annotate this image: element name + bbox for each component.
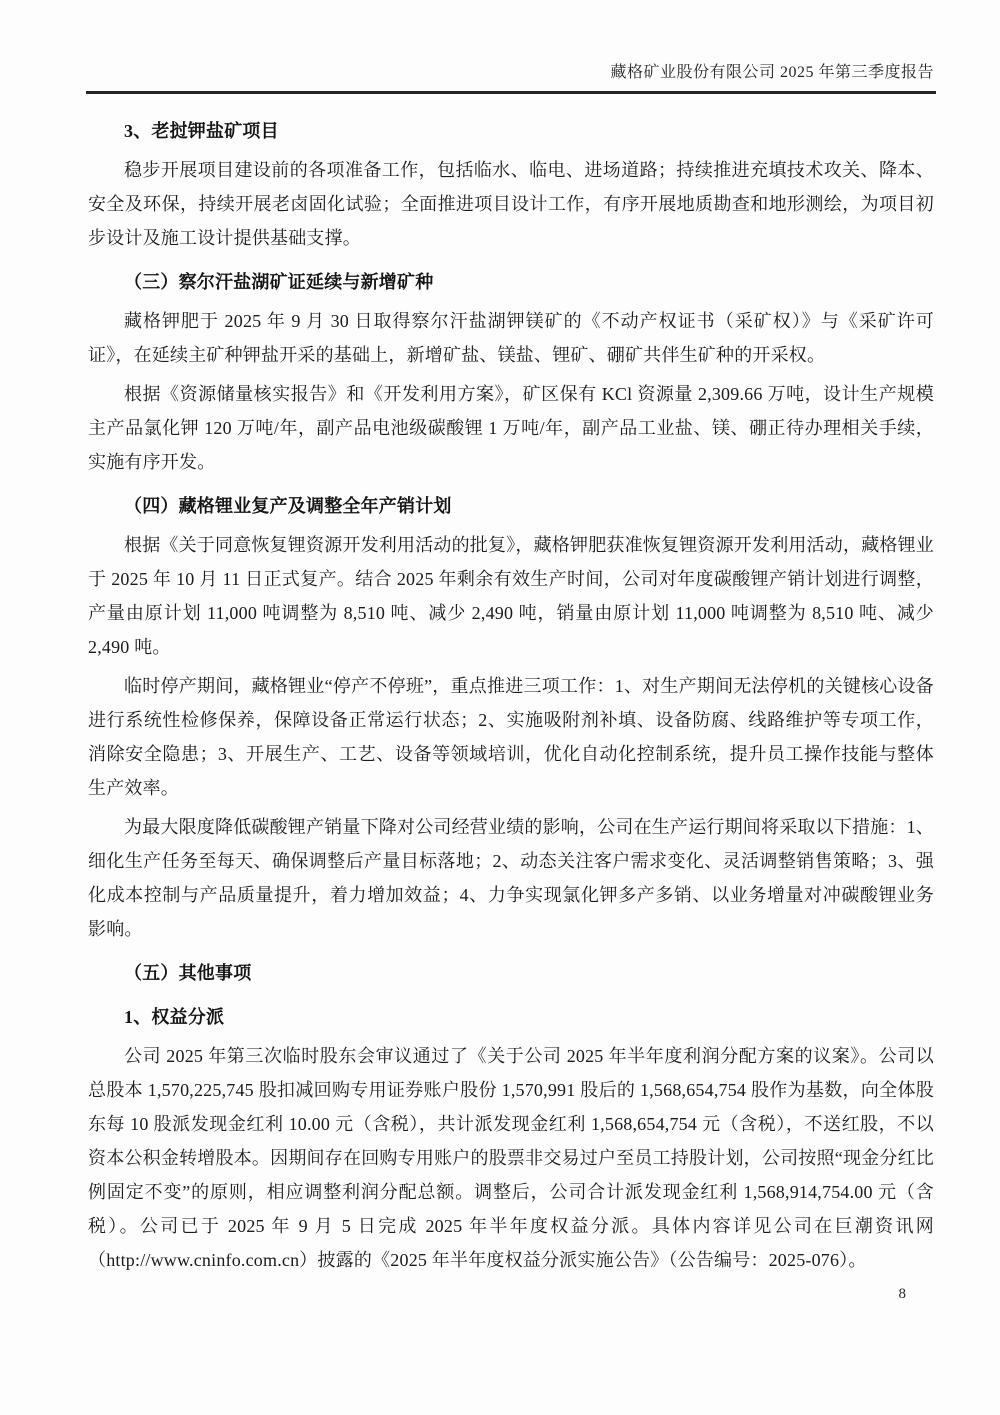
heading-charhan-mining-license: （三）察尔汗盐湖矿证延续与新增矿种 [88, 265, 934, 299]
page-number: 8 [899, 1286, 907, 1302]
document-body: 3、老挝钾盐矿项目 稳步开展项目建设前的各项准备工作，包括临水、临电、进场道路；… [88, 114, 934, 1277]
paragraph-shutdown-period-work: 临时停产期间，藏格锂业“停产不停班”，重点推进三项工作：1、对生产期间无法停机的… [88, 669, 934, 805]
heading-other-matters: （五）其他事项 [88, 956, 934, 990]
report-page: 藏格矿业股份有限公司 2025 年第三季度报告 3、老挝钾盐矿项目 稳步开展项目… [0, 0, 1000, 1415]
paragraph-mining-right-certificates: 藏格钾肥于 2025 年 9 月 30 日取得察尔汗盐湖钾镁矿的《不动产权证书（… [88, 304, 934, 372]
header-title: 藏格矿业股份有限公司 2025 年第三季度报告 [610, 64, 934, 81]
paragraph-resumption-plan-adjustment: 根据《关于同意恢复锂资源开发利用活动的批复》，藏格钾肥获准恢复锂资源开发利用活动… [88, 528, 934, 664]
heading-equity-distribution: 1、权益分派 [88, 1000, 934, 1034]
paragraph-resource-reserves: 根据《资源储量核实报告》和《开发利用方案》，矿区保有 KCl 资源量 2,309… [88, 377, 934, 479]
heading-lithium-resumption: （四）藏格锂业复产及调整全年产销计划 [88, 489, 934, 523]
paragraph-laos-preparation: 稳步开展项目建设前的各项准备工作，包括临水、临电、进场道路；持续推进充填技术攻关… [88, 153, 934, 255]
header-divider [86, 91, 936, 94]
page-footer: 8 [899, 1286, 907, 1303]
page-header: 藏格矿业股份有限公司 2025 年第三季度报告 [88, 0, 934, 84]
paragraph-equity-distribution-detail: 公司 2025 年第三次临时股东会审议通过了《关于公司 2025 年半年度利润分… [88, 1039, 934, 1277]
paragraph-mitigation-measures: 为最大限度降低碳酸锂产销量下降对公司经营业绩的影响，公司在生产运行期间将采取以下… [88, 810, 934, 946]
heading-laos-potash-project: 3、老挝钾盐矿项目 [88, 114, 934, 148]
